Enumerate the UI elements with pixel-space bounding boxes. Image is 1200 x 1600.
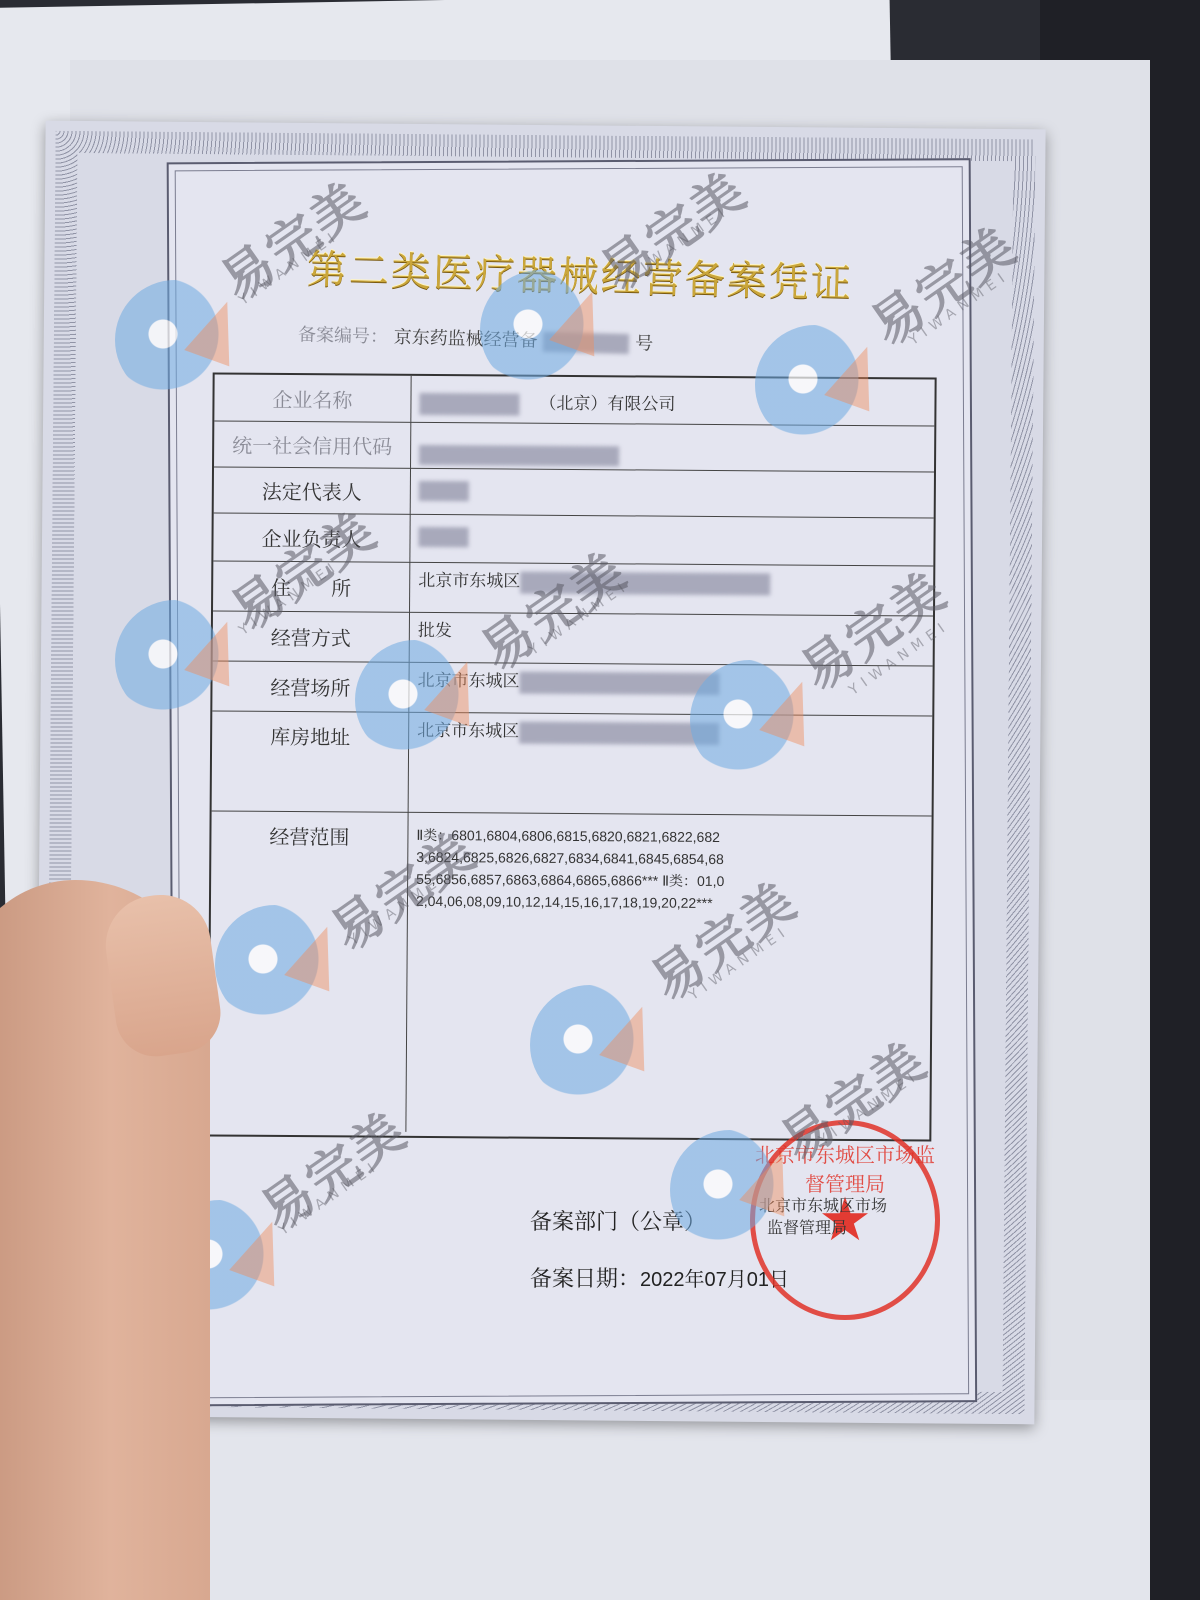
row-value: [418, 526, 468, 547]
row-value: [419, 480, 469, 501]
watermark-logo-icon: [355, 640, 475, 760]
table-row: 库房地址 北京市东城区: [212, 710, 933, 816]
row-label: 法定代表人: [214, 466, 411, 513]
redacted-block: [418, 526, 468, 546]
background-paper-bottom: [150, 1400, 1150, 1600]
watermark-logo-icon: [115, 600, 235, 720]
row-label: 统一社会信用代码: [214, 420, 411, 467]
watermark-logo-icon: [670, 1130, 790, 1250]
watermark-logo-icon: [480, 270, 600, 390]
registration-suffix: 号: [635, 333, 654, 354]
watermark-logo-icon: [115, 280, 235, 400]
row-value: 批发: [418, 616, 452, 641]
redacted-block: [419, 480, 469, 500]
redacted-block: [419, 392, 519, 415]
filing-date-row: 备案日期：2022年07月01日: [530, 1262, 789, 1293]
filing-date-label: 备案日期：: [530, 1267, 640, 1292]
row-value: [419, 444, 619, 466]
watermark-logo-icon: [755, 325, 875, 445]
row-value: （北京）有限公司: [419, 388, 675, 416]
redacted-block: [519, 671, 719, 694]
row-label: 企业名称: [214, 374, 411, 421]
registration-label: 备案编号：: [298, 324, 389, 347]
redacted-block: [419, 444, 619, 465]
watermark-logo-icon: [530, 985, 650, 1105]
watermark-logo-icon: [690, 660, 810, 780]
watermark-logo-icon: [215, 905, 335, 1025]
